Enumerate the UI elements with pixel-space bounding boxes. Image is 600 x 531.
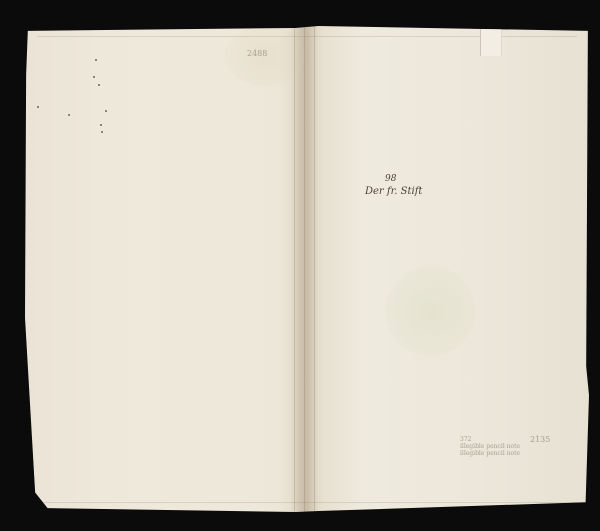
ink-spot: [105, 110, 107, 112]
bottom-pencil-notes: 372 illegible pencil note illegible penc…: [460, 436, 520, 457]
center-handwritten-annotation: Der fr. Stift: [365, 186, 422, 197]
ink-spot: [95, 59, 97, 61]
ink-spot: [37, 106, 39, 108]
bottom-right-pencil-number: 2135: [530, 436, 550, 443]
ink-spot: [101, 131, 103, 133]
center-fold: [290, 26, 318, 512]
center-number-annotation: 98: [385, 174, 396, 184]
paper-hinge-strip: [480, 26, 502, 56]
ink-spot: [98, 84, 100, 86]
ink-spot: [93, 76, 95, 78]
top-pencil-number: 2488: [247, 50, 267, 57]
ink-spot: [100, 124, 102, 126]
paper-sheet: 98 Der fr. Stift 2488 2135 372 illegible…: [25, 26, 589, 512]
greenish-stain: [385, 266, 475, 356]
ink-spot: [68, 114, 70, 116]
